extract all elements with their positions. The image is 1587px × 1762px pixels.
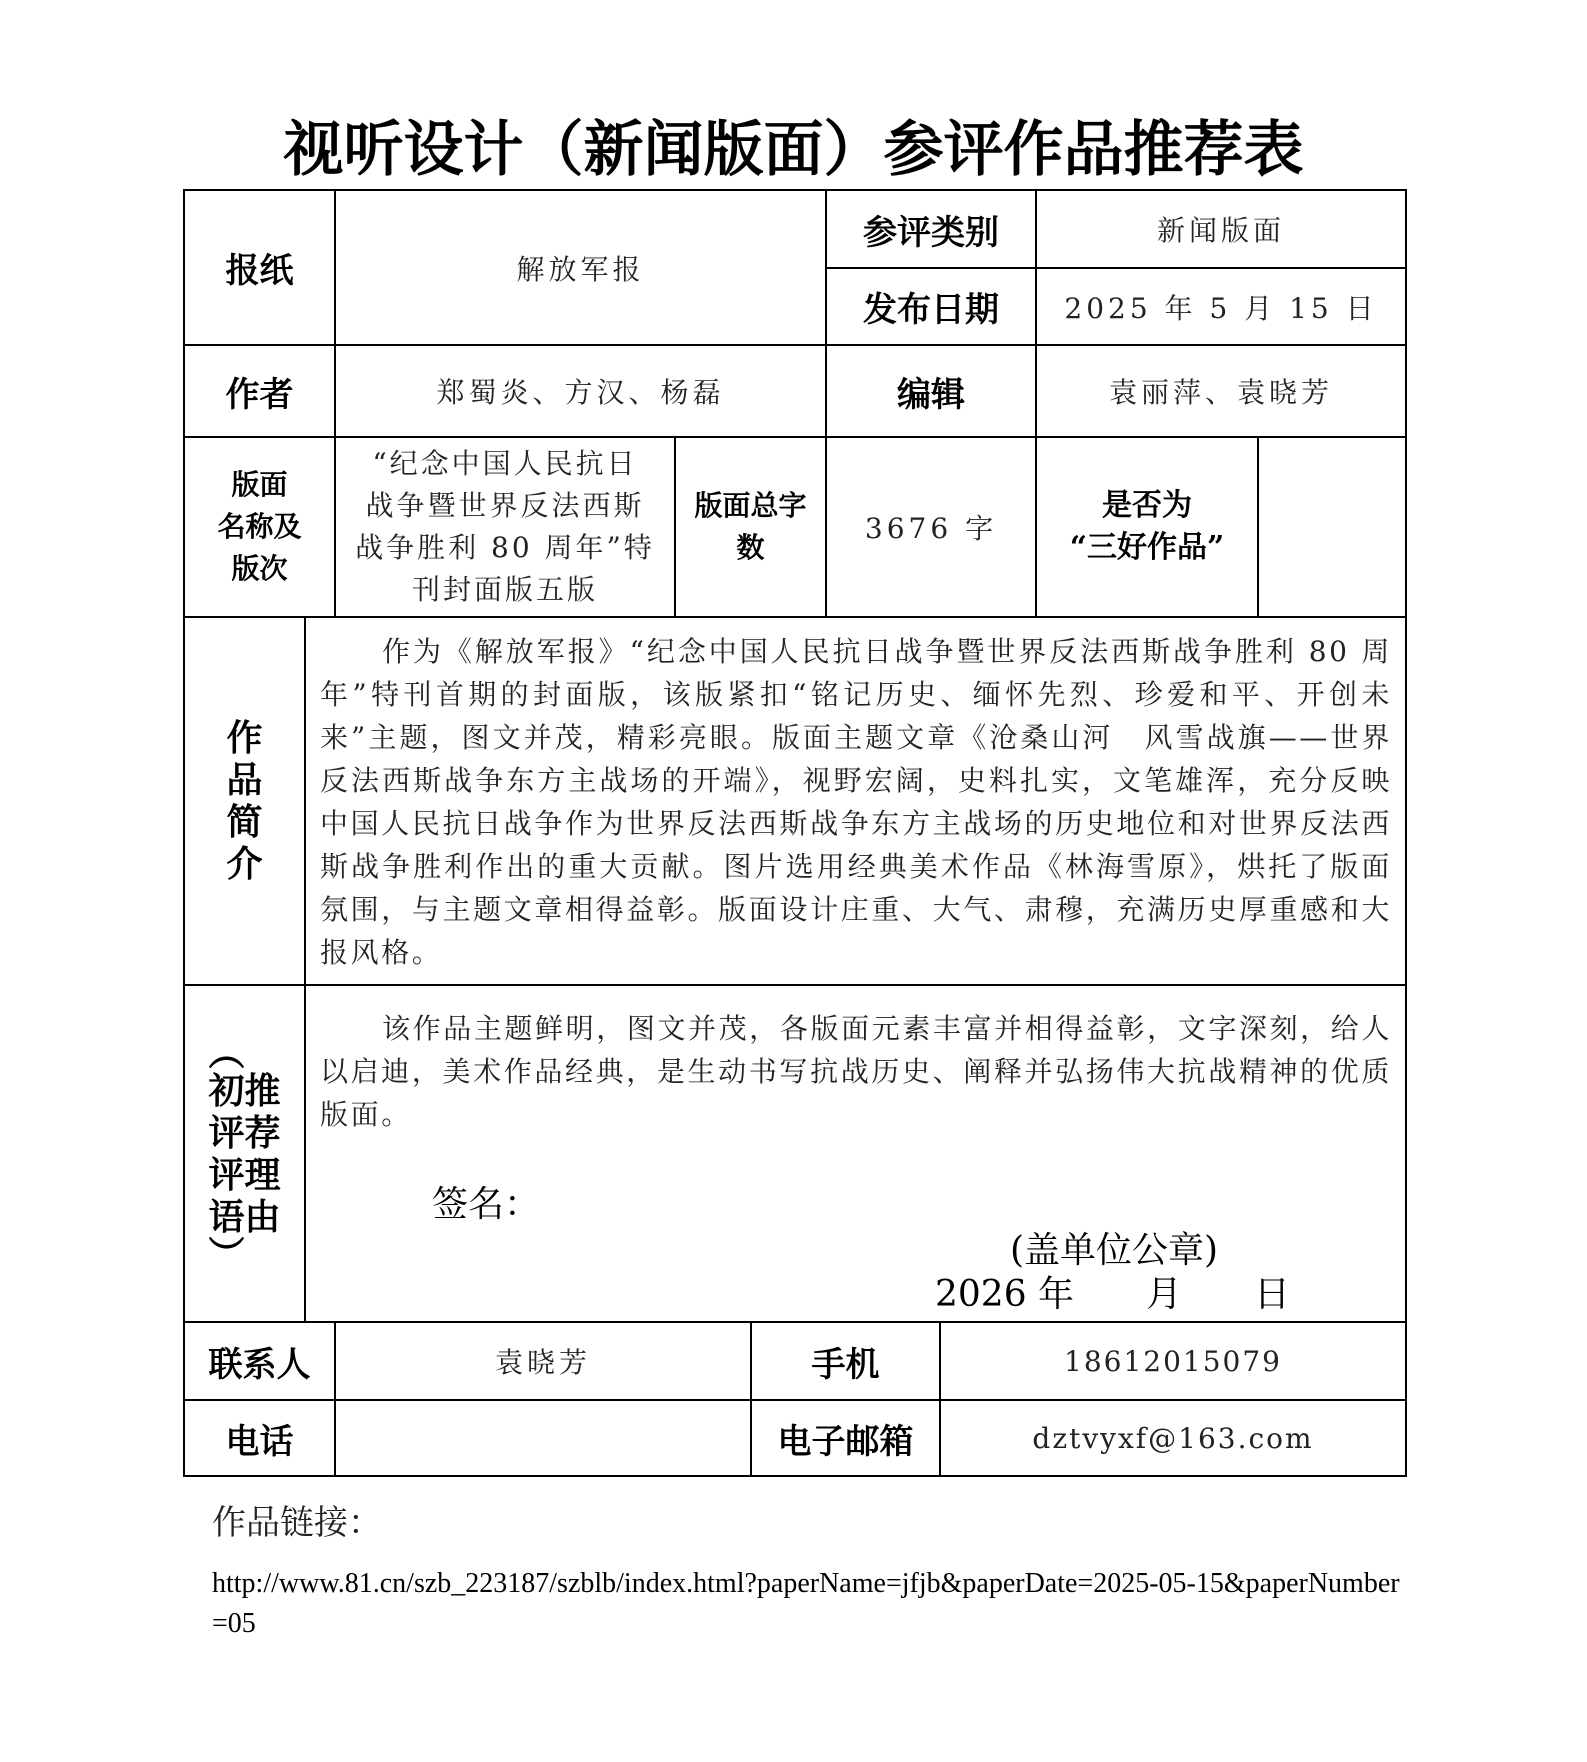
work-link-label: 作品链接： [212, 1495, 382, 1544]
signature-label: 签名： [432, 1176, 540, 1227]
mobile-label: 手机 [752, 1323, 939, 1399]
summary-label-char: 作 [226, 717, 262, 759]
newspaper-label: 报纸 [185, 191, 334, 344]
summary-label-char: 简 [226, 801, 262, 843]
three-good-value[interactable] [1259, 438, 1405, 616]
label-char: 由 [245, 1196, 281, 1238]
recommendation-text: 该作品主题鲜明，图文并茂，各版面元素丰富并相得益彰，文字深刻，给人以启迪，美术作… [320, 1007, 1392, 1136]
label-char: ︵ [208, 1036, 244, 1070]
word-count-label-line: 版面总字 [694, 485, 806, 527]
three-good-label-line: 是否为 [1102, 485, 1192, 527]
page-name-label-line: 名称及 [217, 506, 301, 548]
label-char: ︶ [208, 1238, 244, 1272]
word-count-label: 版面总字 数 [676, 438, 825, 616]
summary-text: 作为《解放军报》“纪念中国人民抗日战争暨世界反法西斯战争胜利 80 周年”特刊首… [320, 630, 1392, 974]
signature-date: 2026 年 月 日 [935, 1266, 1290, 1317]
page-name-label: 版面 名称及 版次 [185, 438, 334, 616]
newspaper-value: 解放军报 [336, 191, 825, 344]
page-name-value: “纪念中国人民抗日 战争暨世界反法西斯 战争胜利 80 周年”特 刊封面版五版 [336, 438, 674, 616]
summary-label: 作 品 简 介 [185, 618, 304, 984]
three-good-label-line: “三好作品” [1070, 527, 1225, 569]
author-value: 郑蜀炎、方汉、杨磊 [336, 346, 825, 436]
table-divider [304, 616, 306, 1322]
editor-label: 编辑 [827, 346, 1035, 436]
recommendation-label: ︵ 初 评 评 语 ︶ 推 荐 理 由 [185, 986, 304, 1321]
publish-date-label: 发布日期 [827, 269, 1035, 344]
recommendation-label-col2: 推 荐 理 由 [245, 1070, 281, 1238]
page-name-label-line: 版次 [231, 548, 287, 590]
mobile-value: 18612015079 [941, 1323, 1405, 1399]
summary-label-char: 品 [226, 759, 262, 801]
table-border [183, 1475, 1407, 1477]
contact-label: 联系人 [185, 1323, 334, 1399]
three-good-label: 是否为 “三好作品” [1037, 438, 1257, 616]
publish-date-value: 2025 年 5 月 15 日 [1037, 269, 1405, 344]
category-label: 参评类别 [827, 191, 1035, 267]
label-char: 初 [208, 1070, 244, 1112]
page-title: 视听设计（新闻版面）参评作品推荐表 [0, 110, 1587, 190]
page-name-value-line: 战争暨世界反法西斯 [365, 485, 644, 527]
recommendation-label-col1: ︵ 初 评 评 语 ︶ [208, 1036, 244, 1272]
page-name-label-line: 版面 [231, 464, 287, 506]
category-value: 新闻版面 [1037, 191, 1405, 267]
label-char: 评 [208, 1154, 244, 1196]
table-divider [183, 984, 1407, 986]
label-char: 荐 [245, 1112, 281, 1154]
page-name-value-line: 战争胜利 80 周年”特 [355, 527, 655, 569]
table-divider [183, 616, 1407, 618]
label-char: 推 [245, 1070, 281, 1112]
contact-value: 袁晓芳 [336, 1323, 750, 1399]
table-border [1405, 189, 1407, 1477]
work-link-url[interactable]: http://www.81.cn/szb_223187/szblb/index.… [212, 1564, 1412, 1644]
phone-label: 电话 [185, 1401, 334, 1475]
label-char: 语 [208, 1196, 244, 1238]
email-value: dztvyxf@163.com [941, 1401, 1405, 1475]
editor-value: 袁丽萍、袁晓芳 [1037, 346, 1405, 436]
word-count-value: 3676 字 [827, 438, 1035, 616]
author-label: 作者 [185, 346, 334, 436]
page-name-value-line: 刊封面版五版 [412, 569, 598, 611]
phone-value[interactable] [336, 1401, 750, 1475]
email-label: 电子邮箱 [752, 1401, 939, 1475]
label-char: 评 [208, 1112, 244, 1154]
word-count-label-line: 数 [736, 527, 764, 569]
summary-label-char: 介 [226, 843, 262, 885]
page-name-value-line: “纪念中国人民抗日 [372, 443, 637, 485]
label-char: 理 [245, 1154, 281, 1196]
